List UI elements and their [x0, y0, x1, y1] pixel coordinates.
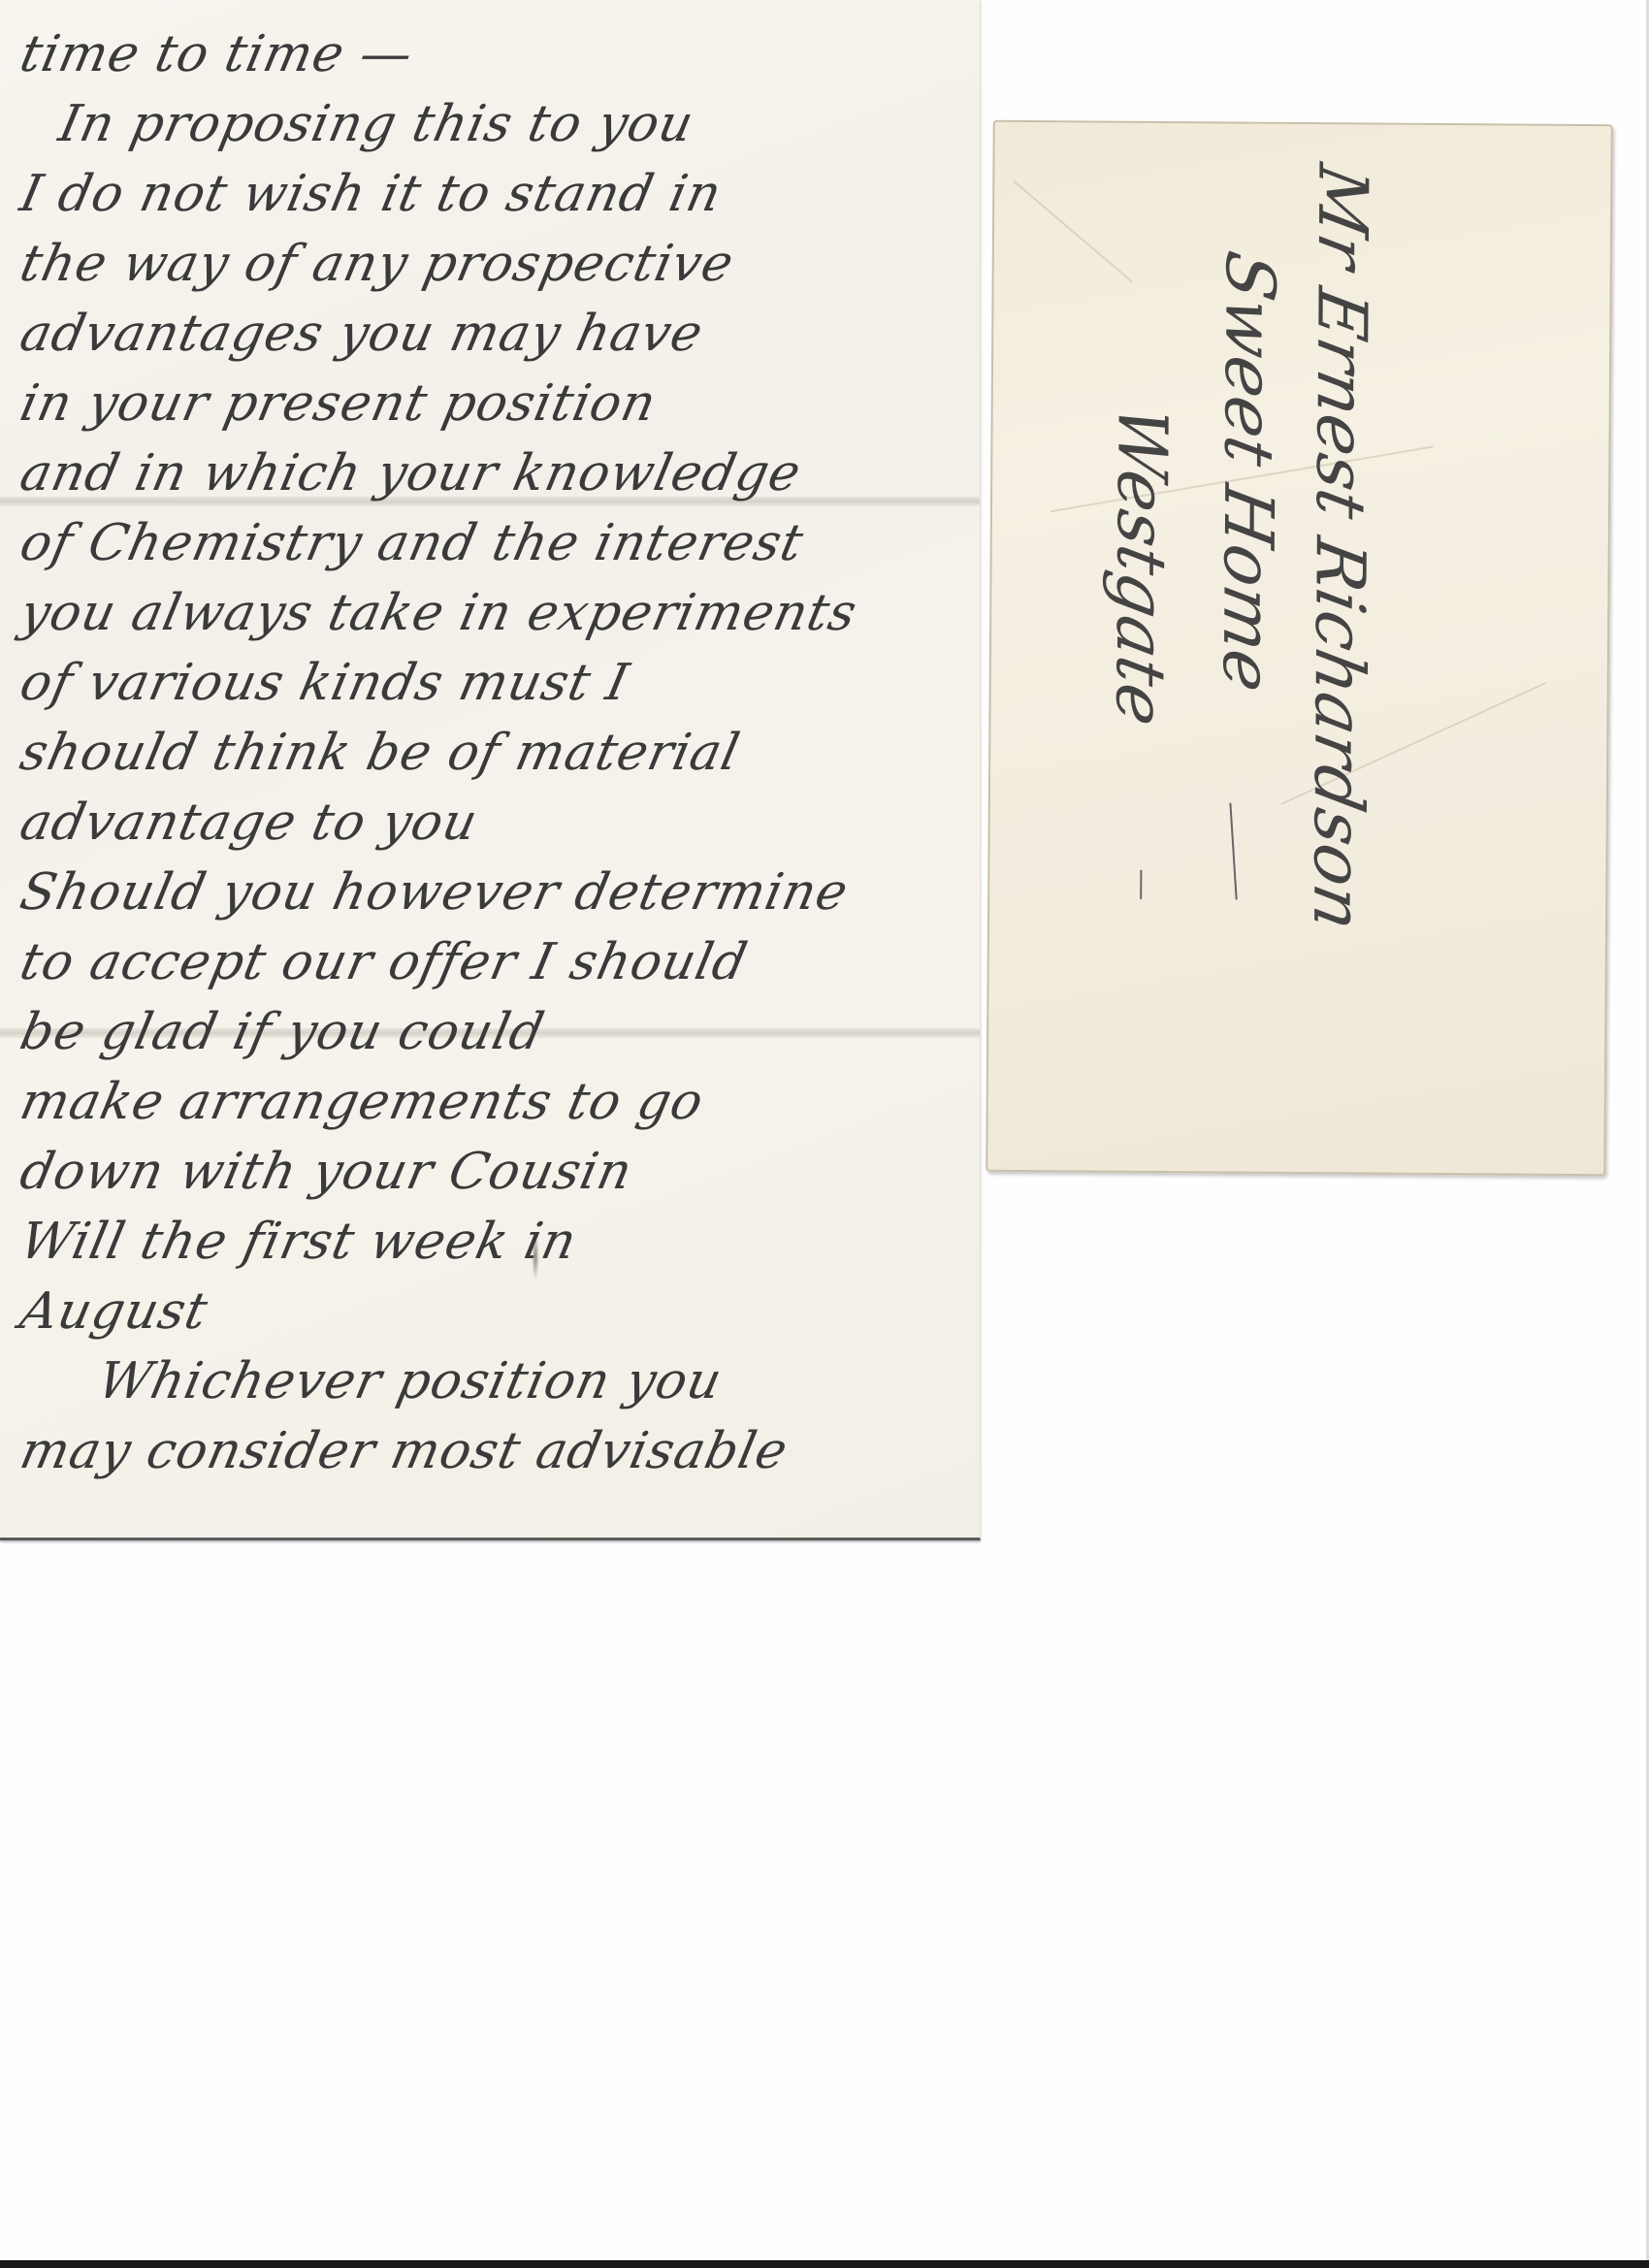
letter-line: make arrangements to go	[14, 1067, 979, 1137]
letter-line: of various kinds must I	[14, 648, 979, 718]
letter-text: time to time —In proposing this to youI …	[21, 19, 972, 1486]
letter-line: down with your Cousin	[14, 1137, 979, 1207]
letter-line: in your present position	[14, 369, 979, 438]
envelope-address: Mr Ernest Richardson Sweet Home Westgate	[987, 122, 1611, 1174]
address-recipient: Mr Ernest Richardson	[1298, 159, 1382, 937]
letter-line: of Chemistry and the interest	[14, 508, 979, 578]
letter-line: should think be of material	[14, 718, 979, 788]
letter-line: time to time —	[14, 19, 979, 89]
letter-line: Whichever position you	[14, 1346, 979, 1416]
letter-page: time to time —In proposing this to youI …	[0, 0, 981, 1540]
letter-line: to accept our offer I should	[14, 927, 979, 997]
letter-line: I do not wish it to stand in	[14, 159, 979, 229]
address-town: Westgate	[1100, 400, 1181, 732]
scan-edge	[0, 2260, 1649, 2268]
letter-line: In proposing this to you	[14, 89, 979, 159]
letter-line: and in which your knowledge	[14, 438, 979, 508]
letter-line: Should you however determine	[14, 858, 979, 927]
envelope: Mr Ernest Richardson Sweet Home Westgate	[986, 120, 1613, 1176]
address-underline	[1229, 803, 1237, 900]
letter-line: be glad if you could	[14, 997, 979, 1067]
letter-line: August	[14, 1277, 979, 1346]
letter-line: Will the first week in	[14, 1207, 979, 1277]
letter-line: may consider most advisable	[14, 1416, 979, 1486]
address-dash	[1140, 870, 1142, 899]
letter-line: advantage to you	[14, 788, 979, 858]
letter-line: the way of any prospective	[14, 229, 979, 299]
address-line-2: Sweet Home	[1208, 245, 1290, 698]
letter-line: advantages you may have	[14, 299, 979, 369]
letter-line: you always take in experiments	[14, 578, 979, 648]
